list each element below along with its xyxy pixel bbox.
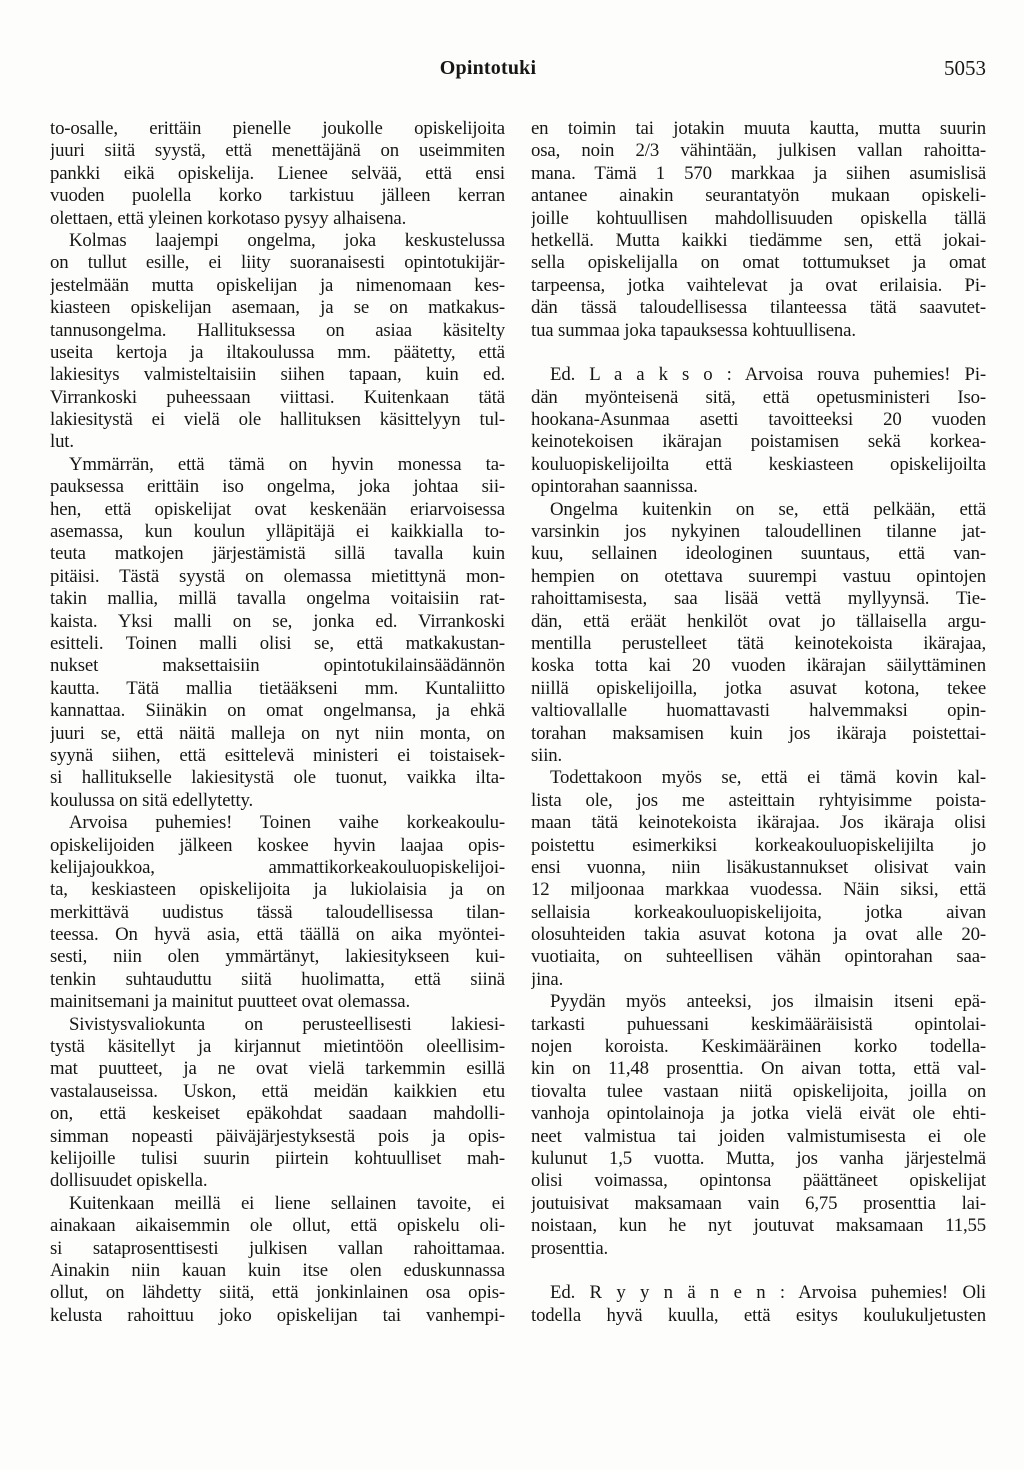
text-line: todella hyvä kuulla, että esitys kouluku… (531, 1305, 986, 1327)
text-line: Arvoisa puhemies! Toinen vaihe korkeakou… (50, 812, 505, 834)
text-line: varsinkin jos nykyinen taloudellinen til… (531, 521, 986, 543)
text-line: vastalauseissa. Uskon, että meidän kaikk… (50, 1081, 505, 1103)
text-line: tenkin suhtauduttu siitä huolimatta, ett… (50, 969, 505, 991)
text-line: opintorahan saannissa. (531, 476, 986, 498)
text-line: kelijoille tulisi suurin piirtein kohtuu… (50, 1148, 505, 1170)
text-line: pitäisi. Tästä syystä on olemassa mietit… (50, 566, 505, 588)
text-line: mat puutteet, ja ne ovat vielä tarkemmin… (50, 1058, 505, 1080)
text-line: Ainakin niin kauan kuin itse olen edusku… (50, 1260, 505, 1282)
text-line: joutuisivat maksamaan vain 6,75 prosentt… (531, 1193, 986, 1215)
text-line: noistaan, kun he nyt joutuvat maksamaan … (531, 1215, 986, 1237)
text-line: teuta matkojen järjestämistä sillä taval… (50, 543, 505, 565)
text-line: olosuhteiden takia asuvat kotona ja ovat… (531, 924, 986, 946)
text-line: sellaisia korkeakouluopiskelijoita, jotk… (531, 902, 986, 924)
text-line: kulunut 1,5 vuotta. Mutta, jos vanha jär… (531, 1148, 986, 1170)
text-line: kaista. Yksi malli on se, jonka ed. Virr… (50, 611, 505, 633)
paragraph: to-osalle, erittäin pienelle joukolle op… (50, 118, 505, 230)
text-line: mana. Tämä 1 570 markkaa ja siihen asumi… (531, 163, 986, 185)
text-line: juuri siitä syystä, että menettäjänä on … (50, 140, 505, 162)
text-line: lista ole, jos me asteittain ryhtyisimme… (531, 790, 986, 812)
text-line: jestelmään mutta opiskelijan ja nimenoma… (50, 275, 505, 297)
text-line: kelijajoukkoa, ammattikorkeakouluopiskel… (50, 857, 505, 879)
paragraph: Ed. R y y n ä n e n : Arvoisa puhemies! … (531, 1282, 986, 1327)
text-line: si sataprosenttisesti julkisen vallan ra… (50, 1238, 505, 1260)
text-line: Ongelma kuitenkin on se, että pelkään, e… (531, 499, 986, 521)
text-line: kuu, sellainen ideologinen suuntaus, ett… (531, 543, 986, 565)
text-line: torahan maksamisen kuin jos ikäraja pois… (531, 723, 986, 745)
text-line: dän tässä taloudellisessa tilanteessa tä… (531, 297, 986, 319)
text-line: neet valmistua tai joiden valmistumisest… (531, 1126, 986, 1148)
text-line: pauksessa erittäin iso ongelma, joka joh… (50, 476, 505, 498)
text-line: lakiesitys valmisteltaisiin siihen tapaa… (50, 364, 505, 386)
text-line: Kuitenkaan meillä ei liene sellainen tav… (50, 1193, 505, 1215)
text-line: useita kertoja ja iltakoulussa mm. pääte… (50, 342, 505, 364)
text-line: antanee ainakin seurantatyön mukaan opis… (531, 185, 986, 207)
text-line: ainakaan aikaisemmin ole ollut, että opi… (50, 1215, 505, 1237)
text-line: juuri se, että näitä malleja on nyt niin… (50, 723, 505, 745)
text-column-left: to-osalle, erittäin pienelle joukolle op… (50, 118, 505, 1327)
text-line: sesti, niin olen ymmärtänyt, lakiesityks… (50, 946, 505, 968)
text-line: jina. (531, 969, 986, 991)
text-line: esitteli. Toinen malli olisi se, että ma… (50, 633, 505, 655)
text-line: Ymmärrän, että tämä on hyvin monessa ta- (50, 454, 505, 476)
text-line: opiskelijoiden jälkeen koskee hyvin laaj… (50, 835, 505, 857)
text-line: asemassa, kun koulun ylläpitäjä ei kaikk… (50, 521, 505, 543)
text-line: ensi vuonna, niin lisäkustannukset olisi… (531, 857, 986, 879)
text-line: kin on 11,48 prosenttia. On aivan totta,… (531, 1058, 986, 1080)
text-line: poistettu esimerkiksi korkeakouluopiskel… (531, 835, 986, 857)
text-line: sella opiskelijalla on omat tottumukset … (531, 252, 986, 274)
text-line: olisi voimassa, opintonsa päättäneet opi… (531, 1170, 986, 1192)
text-line: teessa. On hyvä asia, että täällä on aik… (50, 924, 505, 946)
text-line: ta, keskiasteen opiskelijoita ja lukiola… (50, 879, 505, 901)
text-line: niillä opiskelijoilla, jotka asuvat koto… (531, 678, 986, 700)
text-line: on tullut esille, ei liity suoranaisesti… (50, 252, 505, 274)
text-line: on, että keskeiset epäkohdat saadaan mah… (50, 1103, 505, 1125)
text-line: kannattaa. Siinäkin on omat ongelmansa, … (50, 700, 505, 722)
text-line: hen, että opiskelijat ovat keskenään eri… (50, 499, 505, 521)
text-line: en toimin tai jotakin muuta kautta, mutt… (531, 118, 986, 140)
text-line: lut. (50, 431, 505, 453)
text-line: kelusta rahoittuu joko opiskelijan tai v… (50, 1305, 505, 1327)
text-line: hookana-Asunmaa asetti tavoitteeksi 20 v… (531, 409, 986, 431)
text-line: lakiesitystä ei vielä ole hallituksen kä… (50, 409, 505, 431)
text-line: simman nopeasti päiväjärjestyksestä pois… (50, 1126, 505, 1148)
text-line: Kolmas laajempi ongelma, joka keskustelu… (50, 230, 505, 252)
page-content: Opintotuki 5053 to-osalle, erittäin pien… (50, 57, 986, 1327)
text-line: olettaen, että yleinen korkotaso pysyy a… (50, 208, 505, 230)
paragraph: Kuitenkaan meillä ei liene sellainen tav… (50, 1193, 505, 1327)
text-line: Ed. L a a k s o : Arvoisa rouva puhemies… (531, 364, 986, 386)
text-line: Sivistysvaliokunta on perusteellisesti l… (50, 1014, 505, 1036)
text-line: ollut, on lähdetty siitä, että jonkinlai… (50, 1282, 505, 1304)
text-line: vanhoja opintolainoja ja jotka vielä eiv… (531, 1103, 986, 1125)
text-columns: to-osalle, erittäin pienelle joukolle op… (50, 118, 986, 1327)
running-header: Opintotuki 5053 (50, 57, 986, 81)
text-line: joille kohtuullisen mahdollisuuden opisk… (531, 208, 986, 230)
text-line: prosenttia. (531, 1238, 986, 1260)
text-line: Ed. R y y n ä n e n : Arvoisa puhemies! … (531, 1282, 986, 1304)
text-line: dän myönteisenä sitä, että opetusministe… (531, 387, 986, 409)
text-line: tannusongelma. Hallituksessa on asiaa kä… (50, 320, 505, 342)
text-line: nojen koroista. Keskimääräinen korko tod… (531, 1036, 986, 1058)
text-line: rahoittamisesta, saa lisää vettä myllyyn… (531, 588, 986, 610)
text-line: tua summaa joka tapauksessa kohtuullisen… (531, 320, 986, 342)
text-line: kouluopiskelijoilta että keskiasteen opi… (531, 454, 986, 476)
text-line: vuotiaita, on suhteellisen vähän opintor… (531, 946, 986, 968)
text-line: kautta. Tätä mallia tietääkseni mm. Kunt… (50, 678, 505, 700)
paragraph: Kolmas laajempi ongelma, joka keskustelu… (50, 230, 505, 454)
paragraph: Pyydän myös anteeksi, jos ilmaisin itsen… (531, 991, 986, 1260)
text-line: dollisuudet opiskella. (50, 1170, 505, 1192)
text-column-right: en toimin tai jotakin muuta kautta, mutt… (531, 118, 986, 1327)
text-line: tarkasti puhuessani keskimääräisistä opi… (531, 1014, 986, 1036)
document-page: { "header": { "title": "Opintotuki", "pa… (0, 0, 1024, 1470)
page-title: Opintotuki (50, 57, 926, 80)
text-line: maan tätä keinotekoista ikärajaa. Jos ik… (531, 812, 986, 834)
text-line: siin. (531, 745, 986, 767)
text-line: Todettakoon myös se, että ei tämä kovin … (531, 767, 986, 789)
paragraph: Arvoisa puhemies! Toinen vaihe korkeakou… (50, 812, 505, 1014)
text-line: tarpeensa, jotka vaihtelevat ja ovat eri… (531, 275, 986, 297)
text-line: pankki eikä opiskelija. Lienee selvää, e… (50, 163, 505, 185)
text-line: kiasteen opiskelijan asemaan, ja se on m… (50, 297, 505, 319)
text-line: koulussa on sitä edellytetty. (50, 790, 505, 812)
paragraph: Ymmärrän, että tämä on hyvin monessa ta-… (50, 454, 505, 812)
paragraph: Todettakoon myös se, että ei tämä kovin … (531, 767, 986, 991)
text-line: syynä siihen, että esittelevä ministeri … (50, 745, 505, 767)
text-line: Pyydän myös anteeksi, jos ilmaisin itsen… (531, 991, 986, 1013)
text-line: Virrankoski puheessaan viittasi. Kuitenk… (50, 387, 505, 409)
paragraph: en toimin tai jotakin muuta kautta, mutt… (531, 118, 986, 342)
text-line: tiovalta tulee vastaan niitä opiskelijoi… (531, 1081, 986, 1103)
text-line: mentilla perustelleet tätä keinotekoista… (531, 633, 986, 655)
text-line: osa, noin 2/3 vähintään, julkisen vallan… (531, 140, 986, 162)
paragraph: Sivistysvaliokunta on perusteellisesti l… (50, 1014, 505, 1193)
text-line: vuoden puolella korko tarkistuu jälleen … (50, 185, 505, 207)
text-line: hetkellä. Mutta kaikki tiedämme sen, ett… (531, 230, 986, 252)
text-line: 12 miljoonaa markkaa vuodessa. Näin siks… (531, 879, 986, 901)
text-line: si hallitukselle lakiesitystä ole tuonut… (50, 767, 505, 789)
text-line: keinotekoisen ikärajan poistamisen sekä … (531, 431, 986, 453)
text-line: merkittävä uudistus tässä taloudellisess… (50, 902, 505, 924)
text-line: valtiovallalle huomattavasti halvemmaksi… (531, 700, 986, 722)
text-line: koska totta kai 20 vuoden ikärajan säily… (531, 655, 986, 677)
text-line: nukset maksettaisiin opintotukilainsäädä… (50, 655, 505, 677)
page-number: 5053 (944, 56, 986, 81)
text-line: hempien on otettava suurempi vastuu opin… (531, 566, 986, 588)
text-line: tystä käsitellyt ja kirjannut mietintöön… (50, 1036, 505, 1058)
text-line: mainitsemani ja mainitut puutteet ovat o… (50, 991, 505, 1013)
paragraph: Ongelma kuitenkin on se, että pelkään, e… (531, 499, 986, 768)
text-line: dän, että eräät henkilöt ovat jo tällais… (531, 611, 986, 633)
text-line: to-osalle, erittäin pienelle joukolle op… (50, 118, 505, 140)
paragraph: Ed. L a a k s o : Arvoisa rouva puhemies… (531, 364, 986, 498)
text-line: takin mallia, millä tavalla ongelma voit… (50, 588, 505, 610)
